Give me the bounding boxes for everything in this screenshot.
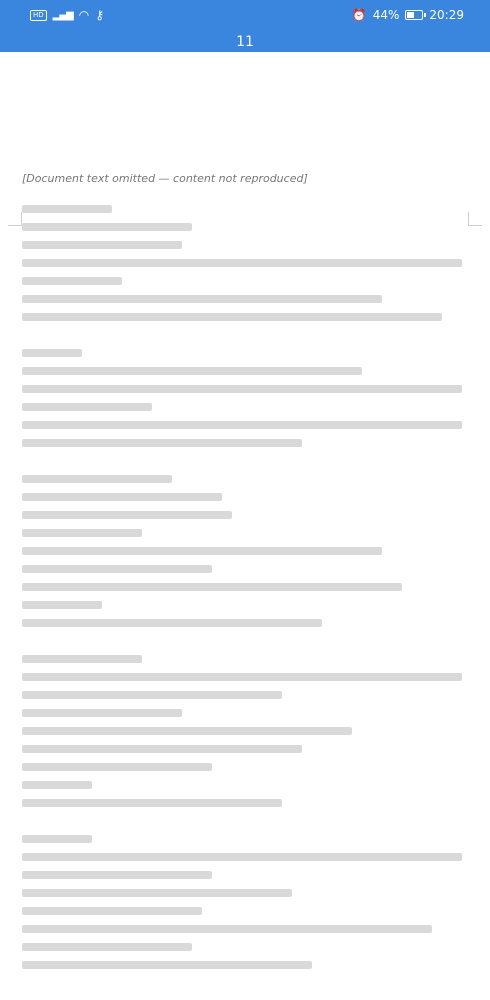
text-line-placeholder <box>22 379 472 397</box>
text-line-placeholder <box>22 487 472 505</box>
paragraph-block <box>22 343 472 451</box>
paragraph-block <box>22 199 472 325</box>
text-line-placeholder <box>22 307 472 325</box>
status-bar: HD ▂▄▆ ◠ ⚷ ⏰ 44% 20:29 <box>0 0 490 30</box>
signal-icon: ▂▄▆ <box>53 10 73 21</box>
text-line-placeholder <box>22 685 472 703</box>
clock: 20:29 <box>429 8 464 22</box>
page-number: 11 <box>0 34 490 50</box>
text-line-placeholder <box>22 649 472 667</box>
text-line-placeholder <box>22 703 472 721</box>
text-line-placeholder <box>22 883 472 901</box>
status-right: ⏰ 44% 20:29 <box>352 8 464 22</box>
hd-icon: HD <box>30 10 47 21</box>
text-line-placeholder <box>22 901 472 919</box>
status-left: HD ▂▄▆ ◠ ⚷ <box>30 8 104 22</box>
text-line-placeholder <box>22 361 472 379</box>
text-line-placeholder <box>22 541 472 559</box>
paragraph-block <box>22 829 472 973</box>
text-line-placeholder <box>22 775 472 793</box>
text-line-placeholder <box>22 847 472 865</box>
text-line-placeholder <box>22 919 472 937</box>
text-line-placeholder <box>22 235 472 253</box>
text-line-placeholder <box>22 217 472 235</box>
text-line-placeholder <box>22 253 472 271</box>
text-line-placeholder <box>22 523 472 541</box>
vpn-key-icon: ⚷ <box>95 8 104 22</box>
text-line-placeholder <box>22 739 472 757</box>
text-line-placeholder <box>22 937 472 955</box>
text-line-placeholder <box>22 721 472 739</box>
paragraph-block <box>22 469 472 631</box>
text-line-placeholder <box>22 433 472 451</box>
text-line-placeholder <box>22 793 472 811</box>
text-line-placeholder <box>22 955 472 973</box>
text-line-placeholder <box>22 397 472 415</box>
document-body <box>22 199 472 973</box>
text-line-placeholder <box>22 667 472 685</box>
text-line-placeholder <box>22 613 472 631</box>
battery-icon <box>405 10 423 20</box>
viewer-header: HD ▂▄▆ ◠ ⚷ ⏰ 44% 20:29 11 <box>0 0 490 52</box>
text-line-placeholder <box>22 757 472 775</box>
document-page[interactable]: [Document text omitted — content not rep… <box>0 52 490 973</box>
wifi-icon: ◠ <box>79 8 89 22</box>
text-line-placeholder <box>22 415 472 433</box>
battery-percent: 44% <box>373 8 400 22</box>
alarm-icon: ⏰ <box>352 8 367 22</box>
text-line-placeholder <box>22 289 472 307</box>
text-line-placeholder <box>22 829 472 847</box>
text-line-placeholder <box>22 199 472 217</box>
paragraph-block <box>22 649 472 811</box>
text-line-placeholder <box>22 577 472 595</box>
text-line-placeholder <box>22 343 472 361</box>
text-line-placeholder <box>22 505 472 523</box>
text-line-placeholder <box>22 595 472 613</box>
content-omitted-notice: [Document text omitted — content not rep… <box>22 172 472 185</box>
text-line-placeholder <box>22 865 472 883</box>
text-line-placeholder <box>22 559 472 577</box>
page-corner-mark <box>468 212 482 226</box>
text-line-placeholder <box>22 271 472 289</box>
text-line-placeholder <box>22 469 472 487</box>
page-corner-mark <box>8 212 22 226</box>
